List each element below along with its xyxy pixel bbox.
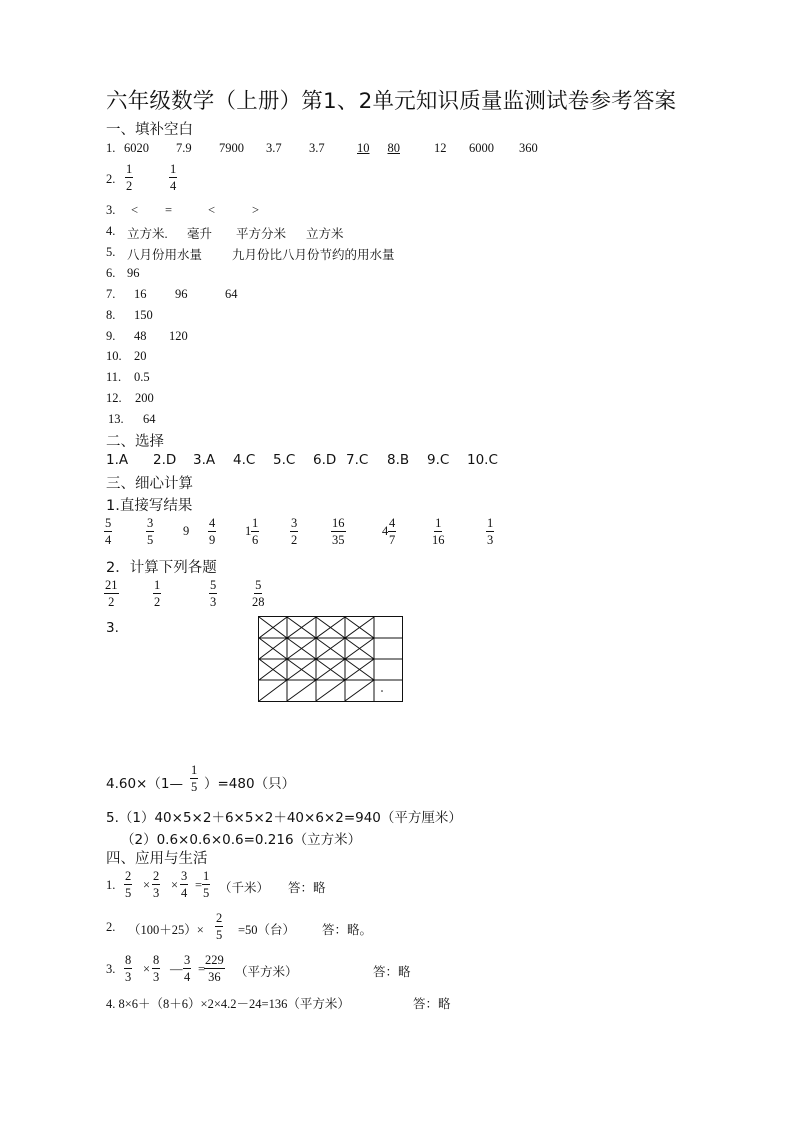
operator: — bbox=[170, 962, 183, 977]
fraction: 22936 bbox=[204, 952, 225, 985]
fraction: 116 bbox=[431, 515, 446, 548]
answer: 64 bbox=[225, 287, 238, 302]
expression: 4.60×（1— bbox=[106, 772, 183, 792]
answer: 6000 bbox=[469, 141, 494, 156]
q-label: 1. bbox=[106, 141, 115, 156]
q-label: 9. bbox=[106, 329, 115, 344]
fraction: 23 bbox=[152, 868, 160, 901]
unit: （平方米） bbox=[235, 962, 298, 980]
choice-answer: 7.C bbox=[346, 452, 368, 468]
answer: 16 bbox=[134, 287, 147, 302]
q-label: 7. bbox=[106, 287, 115, 302]
answer: 150 bbox=[134, 308, 153, 323]
answer: 平方分米 bbox=[236, 224, 286, 242]
answer: 0.5 bbox=[134, 370, 150, 385]
answer: 12 bbox=[434, 141, 447, 156]
operator: × bbox=[171, 878, 178, 893]
fraction: 54 bbox=[104, 515, 112, 548]
answer: 48 bbox=[134, 329, 147, 344]
expression: 4. 8×6＋（8＋6）×2×4.2－24=136（平方米） bbox=[106, 994, 350, 1012]
answer: 20 bbox=[134, 349, 147, 364]
answer: 立方米. bbox=[127, 224, 168, 242]
choice-answer: 9.C bbox=[427, 452, 449, 468]
answer: 120 bbox=[169, 329, 188, 344]
q-label: 3. bbox=[106, 962, 115, 977]
answer: 96 bbox=[127, 266, 140, 281]
choice-answer: 6.D bbox=[313, 452, 336, 468]
answer-underlined: 1080 bbox=[357, 141, 407, 156]
shaded-grid-diagram bbox=[258, 616, 403, 702]
answer-note: 答：略 bbox=[288, 878, 326, 896]
choice-answer: 8.B bbox=[387, 452, 409, 468]
fraction: 83 bbox=[152, 952, 160, 985]
answer-note: 答：略。 bbox=[322, 920, 372, 938]
section-2-heading: 二、选择 bbox=[106, 430, 164, 451]
fraction: 49 bbox=[208, 515, 216, 548]
q-label: 5. bbox=[106, 245, 115, 260]
page-title: 六年级数学（上册）第1、2单元知识质量监测试卷参考答案 bbox=[106, 84, 676, 115]
operator: = bbox=[195, 878, 202, 893]
fraction: 34 bbox=[183, 952, 191, 985]
q-label: 2. bbox=[106, 920, 115, 935]
operator: × bbox=[143, 878, 150, 893]
expression: （100＋25）× bbox=[128, 920, 204, 938]
answer: 7.9 bbox=[176, 141, 192, 156]
part-1-heading: 1.直接写结果 bbox=[106, 494, 192, 515]
answer: 200 bbox=[135, 391, 154, 406]
answer-note: 答：略 bbox=[373, 962, 411, 980]
answer: = bbox=[165, 203, 172, 218]
answer: 八月份用水量 bbox=[127, 245, 202, 263]
section-1-heading: 一、填补空白 bbox=[106, 118, 193, 139]
q-label: 4. bbox=[106, 224, 115, 239]
answer: 96 bbox=[175, 287, 188, 302]
q-label: 8. bbox=[106, 308, 115, 323]
fraction: 47 bbox=[388, 515, 396, 548]
answer: 毫升 bbox=[187, 224, 212, 242]
answer: 6020 bbox=[124, 141, 149, 156]
answer: 3.7 bbox=[266, 141, 282, 156]
answer: 7900 bbox=[219, 141, 244, 156]
fraction: 212 bbox=[104, 577, 119, 610]
fraction: 25 bbox=[215, 910, 223, 943]
section-3-heading: 三、细心计算 bbox=[106, 472, 193, 493]
fraction: 12 bbox=[153, 577, 161, 610]
section-4-heading: 四、应用与生活 bbox=[106, 847, 208, 868]
fraction: 528 bbox=[251, 577, 266, 610]
answer: < bbox=[208, 203, 215, 218]
q-label: 1. bbox=[106, 878, 115, 893]
part-2-heading: 2．计算下列各题 bbox=[106, 556, 217, 577]
fraction: 32 bbox=[290, 515, 298, 548]
s3-p5-line2: （2）0.6×0.6×0.6=0.216（立方米） bbox=[121, 828, 361, 848]
choice-answer: 3.A bbox=[193, 452, 215, 468]
answer: > bbox=[252, 203, 259, 218]
s3-p5-line1: 5.（1）40×5×2＋6×5×2＋40×6×2=940（平方厘米） bbox=[106, 806, 462, 826]
answer: 立方米 bbox=[306, 224, 344, 242]
fraction: 25 bbox=[124, 868, 132, 901]
q-label: 12. bbox=[106, 391, 122, 406]
fraction: 1635 bbox=[331, 515, 346, 548]
choice-answer: 1.A bbox=[106, 452, 128, 468]
fraction: 83 bbox=[124, 952, 132, 985]
fraction: 15 bbox=[202, 868, 210, 901]
choice-answer: 2.D bbox=[153, 452, 176, 468]
fraction: 14 bbox=[169, 161, 177, 194]
fraction: 15 bbox=[190, 762, 198, 795]
answer: 360 bbox=[519, 141, 538, 156]
fraction: 34 bbox=[180, 868, 188, 901]
expression: ）=480（只） bbox=[204, 772, 295, 792]
q-label: 10. bbox=[106, 349, 122, 364]
answer: 64 bbox=[143, 412, 156, 427]
q-label: 3. bbox=[106, 203, 115, 218]
part-3-label: 3. bbox=[106, 620, 119, 636]
q-label: 11. bbox=[106, 370, 121, 385]
fraction: 35 bbox=[146, 515, 154, 548]
choice-answer: 10.C bbox=[467, 452, 498, 468]
unit: （千米） bbox=[219, 878, 269, 896]
answer-note: 答：略 bbox=[413, 994, 451, 1012]
fraction: 12 bbox=[125, 161, 133, 194]
q-label: 2. bbox=[106, 172, 115, 187]
q-label: 6. bbox=[106, 266, 115, 281]
operator: × bbox=[143, 962, 150, 977]
fraction: 13 bbox=[486, 515, 494, 548]
q-label: 13. bbox=[108, 412, 124, 427]
whole-number: 9 bbox=[183, 524, 189, 539]
answer: 3.7 bbox=[309, 141, 325, 156]
fraction: 16 bbox=[251, 515, 259, 548]
choice-answer: 4.C bbox=[233, 452, 255, 468]
result: =50（台） bbox=[238, 920, 295, 938]
fraction: 53 bbox=[209, 577, 217, 610]
choice-answer: 5.C bbox=[273, 452, 295, 468]
answer: 九月份比八月份节约的用水量 bbox=[232, 245, 395, 263]
answer: < bbox=[131, 203, 138, 218]
